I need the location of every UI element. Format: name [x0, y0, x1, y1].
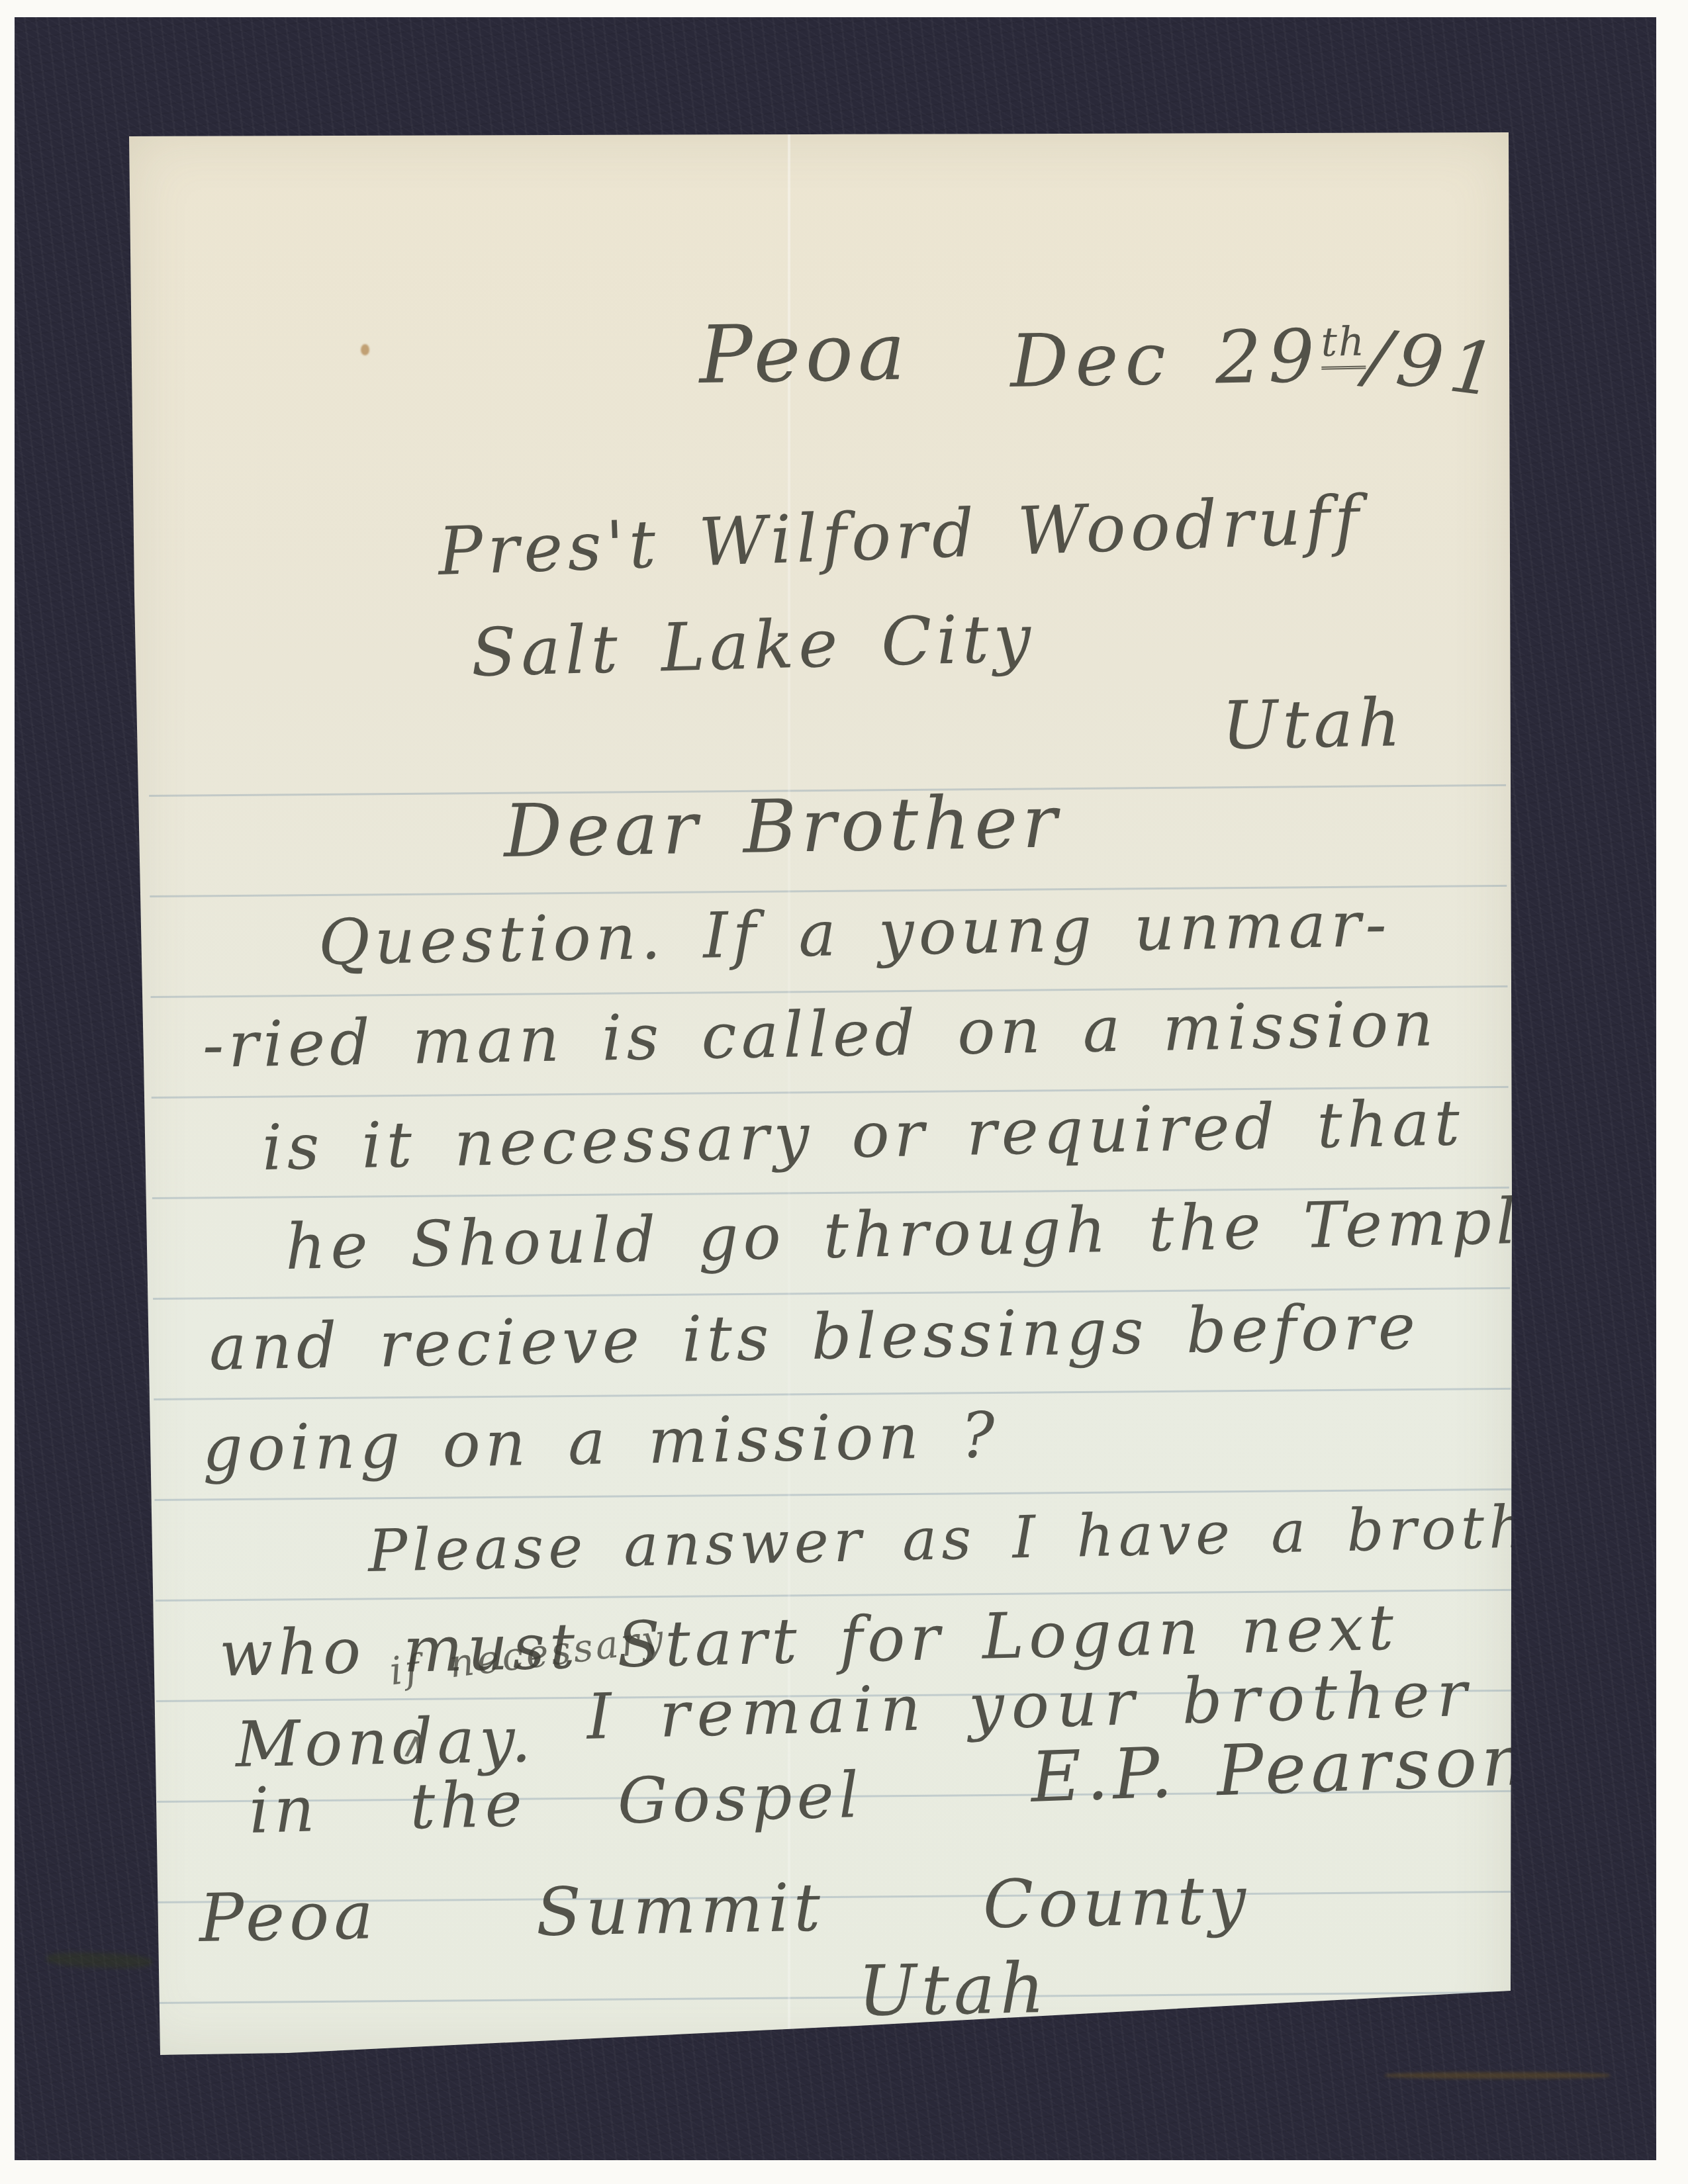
dateline-date: Dec 29th/91	[1009, 310, 1503, 404]
recipient-city: Salt Lake City	[470, 600, 1037, 692]
scanned-letter-page: { "letter": { "dateline": { "place": "Pe…	[0, 0, 1688, 2184]
smudge-mark-left	[46, 1951, 153, 1970]
date-year: /91	[1361, 313, 1507, 414]
dateline-month-day: Dec 29	[1009, 314, 1322, 404]
dateline-place: Peoa	[698, 306, 911, 402]
body-line-6: going on a mission ?	[202, 1399, 1000, 1486]
paper-fleck	[361, 344, 369, 355]
recipient-state: Utah	[1221, 684, 1406, 764]
recipient-name: Pres't Wilford Woodruff	[437, 480, 1365, 590]
smudge-mark-bottom	[1385, 2072, 1610, 2079]
date-ordinal: th	[1321, 319, 1366, 370]
salutation: Dear Brother	[503, 779, 1062, 874]
letter-paper: Peoa Dec 29th/91 Pres't Wilford Woodruff…	[129, 132, 1513, 2056]
